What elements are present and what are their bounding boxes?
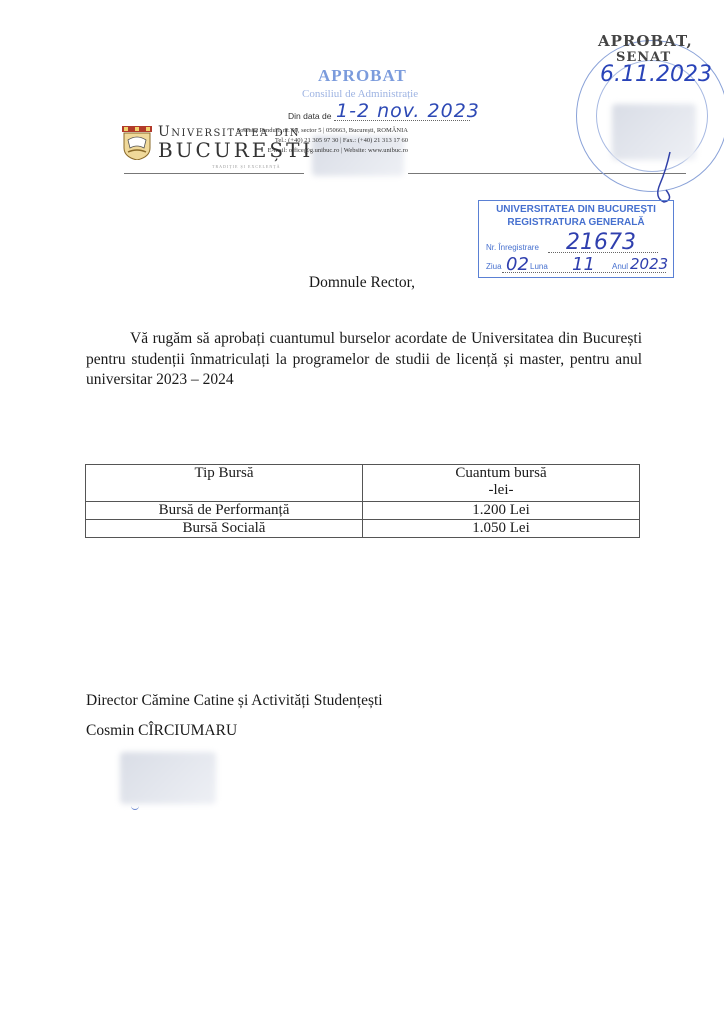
stamp-ca-date-label: Din data de xyxy=(288,111,331,121)
request-paragraph: Vă rugăm să aprobați cuantumul burselor … xyxy=(86,329,642,391)
stamp-ca-title: APROBAT xyxy=(318,66,407,86)
header-cuantum-line1: Cuantum bursă xyxy=(363,465,639,482)
row-type: Bursă de Performanță xyxy=(86,502,363,520)
signature-stroke-icon xyxy=(131,806,139,810)
stamp-registratura-date-line xyxy=(502,272,666,273)
request-paragraph-text: Vă rugăm să aprobați cuantumul burselor … xyxy=(86,330,642,388)
signatory-name: Cosmin CÎRCIUMARU xyxy=(86,722,237,740)
scholarship-table: Tip Bursă Cuantum bursă -lei- Bursă de P… xyxy=(85,464,640,538)
table-header-row: Tip Bursă Cuantum bursă -lei- xyxy=(86,465,640,502)
stamp-registratura-an-label: Anul xyxy=(612,262,628,271)
row-amount: 1.200 Lei xyxy=(363,502,640,520)
stamp-registratura-luna-label: Luna xyxy=(530,262,548,271)
address-line3: E-mail: office@g.unibuc.ro | Website: ww… xyxy=(268,147,408,154)
stamp-ca-subtitle: Consiliul de Administrație xyxy=(302,88,418,100)
university-crest-logo xyxy=(122,126,152,160)
stamp-registratura-an-value: 2023 xyxy=(630,255,668,273)
header-cuantum-line2: -lei- xyxy=(363,482,639,499)
stamp-registratura-nr-value: 21673 xyxy=(566,230,636,255)
stamp-registratura-line1: UNIVERSITATEA DIN BUCUREȘTI xyxy=(484,204,668,215)
university-motto: TRADIȚIE ȘI EXCELENȚĂ xyxy=(212,164,281,169)
row-type: Bursă Socială xyxy=(86,520,363,538)
table-row: Bursă de Performanță 1.200 Lei xyxy=(86,502,640,520)
stamp-registratura-nr-label: Nr. Înregistrare xyxy=(486,243,539,252)
row-amount: 1.050 Lei xyxy=(363,520,640,538)
stamp-senat-title: APROBAT, xyxy=(598,32,693,50)
stamp-registratura-zi-label: Ziua xyxy=(486,262,502,271)
header-rule-left xyxy=(124,173,304,174)
stamp-registratura-line2: REGISTRATURA GENERALĂ xyxy=(484,217,668,228)
header-cuantum: Cuantum bursă -lei- xyxy=(363,465,640,502)
address-line2: Tel.: (+40) 21 305 97 30 | Fax.: (+40) 2… xyxy=(275,137,408,144)
header-tip-bursa: Tip Bursă xyxy=(86,465,363,502)
salutation: Domnule Rector, xyxy=(0,274,724,292)
table-row: Bursă Socială 1.050 Lei xyxy=(86,520,640,538)
address-line1: Șoseaua Panduri, nr. 90, sector 5 | 0506… xyxy=(237,127,408,134)
signatory-title: Director Cămine Catine și Activități Stu… xyxy=(86,692,383,710)
stamp-senat-handwritten-date: 6.11.2023 xyxy=(600,62,712,87)
stamp-ca-handwritten-date: 1-2 nov. 2023 xyxy=(336,100,480,122)
redacted-signature xyxy=(120,752,216,804)
